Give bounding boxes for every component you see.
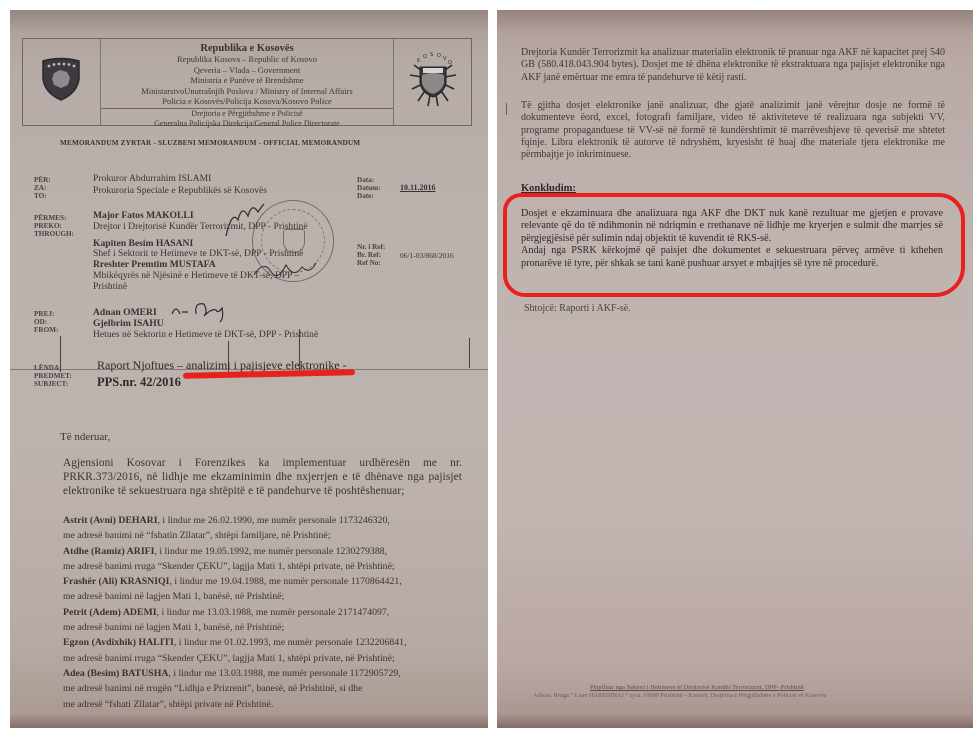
suspects-list: Astrit (Avni) DEHARI, i lindur me 26.02.… bbox=[63, 513, 463, 712]
svg-text:O: O bbox=[448, 60, 452, 66]
person-details: , i lindur me 01.02.1993, me numër perso… bbox=[174, 637, 407, 648]
label: ZA: bbox=[34, 184, 51, 192]
letterhead-line: MinistarstvoUnutrašnjih Poslova / Minist… bbox=[101, 86, 393, 97]
svg-text:O: O bbox=[437, 53, 441, 59]
label: LËNDA: bbox=[34, 364, 72, 372]
conclusion-paragraph-2: Andaj nga PSRK kërkojmë që paisjet dhe d… bbox=[521, 245, 943, 270]
person-address: me adresë banimi në lagjen Mati 1, banës… bbox=[63, 620, 463, 635]
svg-text:K: K bbox=[417, 58, 421, 64]
list-item: Frashër (Ali) KRASNIQI, i lindur me 19.0… bbox=[63, 574, 463, 589]
label: Ref No: bbox=[357, 259, 385, 267]
intro-paragraph: Agjensioni Kosovar i Forenzikes ka imple… bbox=[63, 456, 462, 498]
attachment-note: Shtojcë: Raporti i AKF-së. bbox=[524, 303, 631, 314]
person-address: me adresë “fshati Zllatar”, shtëpi priva… bbox=[63, 697, 463, 712]
letterhead-line: Qeveria – Vlada – Government bbox=[101, 65, 393, 76]
person-details: , i lindur me 26.02.1990, me numër perso… bbox=[158, 515, 390, 526]
label: FROM: bbox=[34, 326, 58, 334]
label: THROUGH: bbox=[34, 230, 74, 238]
label: Nr. i Ref: bbox=[357, 243, 385, 251]
scan-line bbox=[506, 103, 507, 115]
svg-text:S: S bbox=[430, 52, 433, 58]
analysis-paragraph-2: Të gjitha dosjet elektronike janë analiz… bbox=[521, 100, 945, 161]
page-shadow bbox=[10, 714, 488, 728]
person-name: Petrit (Adem) ADEMI bbox=[63, 607, 157, 618]
letterhead: Republika e Kosovës Republika Kosova – R… bbox=[22, 38, 472, 126]
sender-role: Hetues në Sektorin e Hetimeve të DKT-së,… bbox=[93, 329, 318, 340]
person-details: , i lindur me 19.04.1988, me numër perso… bbox=[170, 576, 402, 587]
footer-compiled-by: Përpiluar nga Sektori i Hetimeve të Drej… bbox=[590, 684, 804, 691]
letterhead-line: Policia e Kosovës/Policija Kosova/Kosovo… bbox=[101, 96, 393, 107]
signature-icon bbox=[250, 255, 320, 285]
person-name: Atdhe (Ramiz) ARIFI bbox=[63, 546, 154, 557]
person-name: Frashër (Ali) KRASNIQI bbox=[63, 576, 170, 587]
person-name: Astrit (Avni) DEHARI bbox=[63, 515, 158, 526]
recipient-org: Prokuroria Speciale e Republikës së Koso… bbox=[93, 185, 267, 197]
from-labels: PREJ: OD: FROM: bbox=[34, 310, 58, 334]
letterhead-subline: Generalna Policijska Direkcija/General P… bbox=[101, 119, 393, 129]
label: PREKO: bbox=[34, 222, 74, 230]
letterhead-title: Republika e Kosovës bbox=[101, 43, 393, 54]
person-address: me adresë banimi në rrugën “Lidhja e Pri… bbox=[63, 681, 463, 696]
person-name: Adea (Besim) BATUSHA bbox=[63, 668, 168, 679]
kosovo-coat-of-arms-icon bbox=[41, 57, 81, 101]
list-item: Astrit (Avni) DEHARI, i lindur me 26.02.… bbox=[63, 513, 463, 528]
letterhead-center: Republika e Kosovës Republika Kosova – R… bbox=[101, 39, 393, 125]
letterhead-line: Republika Kosova – Republic of Kosovo bbox=[101, 54, 393, 65]
page-shadow bbox=[497, 10, 973, 34]
scan-line bbox=[469, 338, 470, 368]
svg-text:V: V bbox=[443, 56, 447, 62]
list-item: Petrit (Adem) ADEMI, i lindur me 13.03.1… bbox=[63, 605, 463, 620]
label: Data: bbox=[357, 176, 381, 184]
date-value: 10.11.2016 bbox=[400, 183, 436, 192]
person-address: me adresë banimi rruga “Skender ÇEKU”, l… bbox=[63, 651, 463, 666]
label: PREDMET: bbox=[34, 372, 72, 380]
stamp-emblem-icon bbox=[283, 229, 305, 253]
person-name: Egzon (Avdixhik) HALITI bbox=[63, 637, 174, 648]
page-shadow bbox=[10, 10, 488, 34]
person-details: , i lindur me 19.05.1992, me numër perso… bbox=[154, 546, 387, 557]
memo-title: MEMORANDUM ZYRTAR - SLUZBENI MEMORANDUM … bbox=[60, 139, 360, 147]
person-details: , i lindur me 13.03.1988, me numër perso… bbox=[157, 607, 390, 618]
subject-labels: LËNDA: PREDMET: SUBJECT: bbox=[34, 364, 72, 388]
label: SUBJECT: bbox=[34, 380, 72, 388]
greeting: Të nderuar, bbox=[60, 431, 110, 443]
list-item: Adea (Besim) BATUSHA, i lindur me 13.03.… bbox=[63, 666, 463, 681]
date-labels: Data: Datum: Date: bbox=[357, 176, 381, 200]
label: TO: bbox=[34, 192, 51, 200]
label: OD: bbox=[34, 318, 58, 326]
conclusion-paragraph-1: Dosjet e ekzaminuara dhe analizuara nga … bbox=[521, 208, 943, 245]
label: PËRMES: bbox=[34, 214, 74, 222]
person-details: , i lindur me 13.03.1988, me numër perso… bbox=[168, 668, 400, 679]
label: Date: bbox=[357, 192, 381, 200]
svg-text:O: O bbox=[423, 54, 427, 60]
footer-address: Adresa: Rruga “ Luan HAREDINAJ ” zyra. 1… bbox=[533, 692, 826, 699]
ref-labels: Nr. i Ref: Br. Ref: Ref No: bbox=[357, 243, 385, 267]
through-labels: PËRMES: PREKO: THROUGH: bbox=[34, 214, 74, 238]
label: PËR: bbox=[34, 176, 51, 184]
page-shadow bbox=[497, 714, 973, 728]
ref-number: 06/1-03/868/2016 bbox=[400, 251, 454, 260]
list-item: Egzon (Avdixhik) HALITI, i lindur me 01.… bbox=[63, 635, 463, 650]
list-item: Atdhe (Ramiz) ARIFI, i lindur me 19.05.1… bbox=[63, 544, 463, 559]
signature-icon bbox=[222, 200, 267, 240]
letterhead-line: Ministria e Punëve të Brendshme bbox=[101, 75, 393, 86]
kosovo-police-badge-icon: KOSOVO bbox=[408, 51, 458, 107]
signature-icon bbox=[168, 298, 238, 324]
letterhead-left-cell bbox=[23, 39, 101, 125]
letterhead-subline: Drejtoria e Përgjithshme e Policisë bbox=[101, 109, 393, 119]
recipient-name: Prokuror Abdurrahim ISLAMI bbox=[93, 173, 267, 185]
person-address: me adresë banimi në lagjen Mati 1, banës… bbox=[63, 589, 463, 604]
to-labels: PËR: ZA: TO: bbox=[34, 176, 51, 200]
to-recipient: Prokuror Abdurrahim ISLAMI Prokuroria Sp… bbox=[93, 173, 267, 196]
label: Datum: bbox=[357, 184, 381, 192]
person-address: me adresë banimi në “fshatin Zllatar”, s… bbox=[63, 528, 463, 543]
case-number: PPS.nr. 42/2016 bbox=[97, 375, 181, 390]
conclusion-text: Dosjet e ekzaminuara dhe analizuara nga … bbox=[521, 208, 943, 270]
analysis-paragraph-1: Drejtoria Kundër Terrorizmit ka analizua… bbox=[521, 47, 945, 84]
person-address: me adresë banimi rruga “Skender ÇEKU”, l… bbox=[63, 559, 463, 574]
letterhead-right-cell: KOSOVO bbox=[393, 39, 471, 125]
label: PREJ: bbox=[34, 310, 58, 318]
label: Br. Ref: bbox=[357, 251, 385, 259]
